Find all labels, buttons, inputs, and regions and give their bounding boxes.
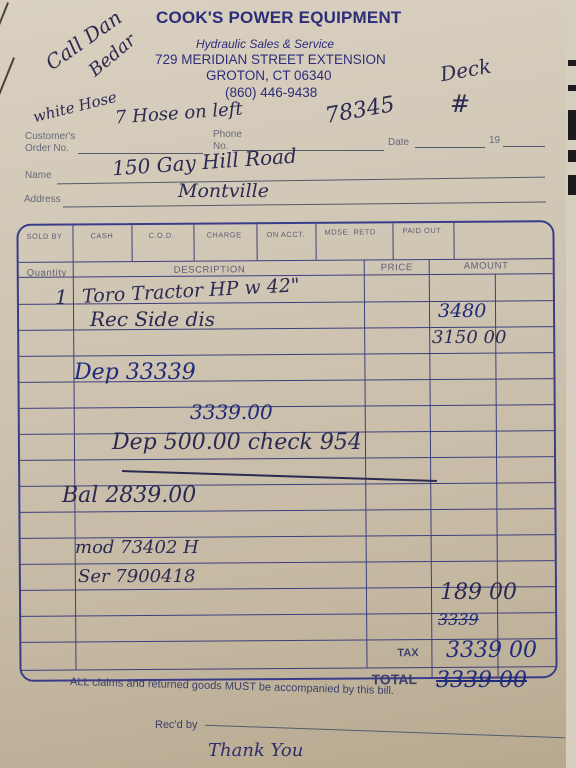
item-description: mod 73402 H [75, 537, 199, 558]
address-field[interactable] [63, 201, 546, 207]
item-amount-crossed: 3339 [438, 610, 479, 629]
payment-charge: CHARGE [206, 230, 241, 239]
order-label-2: Order No. [25, 143, 69, 154]
payment-cash: CASH [90, 231, 113, 240]
note-white-hose: white Hose [31, 88, 118, 126]
item-description: Bal 2839.00 [62, 483, 196, 508]
order-label-1: Customer's [25, 131, 75, 142]
tax-label: TAX [397, 647, 418, 659]
payment-on-account: ON ACCT. [266, 230, 305, 239]
received-by-signature-line[interactable] [205, 725, 565, 739]
item-description: Ser 7900418 [78, 566, 195, 587]
date-label: Date [388, 137, 409, 148]
paper-edge [0, 57, 15, 123]
company-name: COOK'S POWER EQUIPMENT [156, 8, 402, 28]
col-description: DESCRIPTION [174, 264, 246, 275]
tax-value: 3339 00 [446, 638, 537, 663]
payment-cod: C.O.D. [148, 231, 174, 240]
address-label: Address [24, 194, 61, 205]
item-amount: 3480 [438, 300, 486, 322]
address-value: Montville [178, 180, 269, 202]
total-value: 3339 00 [436, 668, 527, 693]
paper-edge [0, 2, 9, 68]
item-description: Dep 500.00 check 954 [112, 430, 362, 455]
company-address: 729 MERIDIAN STREET EXTENSION [155, 52, 386, 67]
note-deck-mark: # [450, 90, 470, 118]
phone-label-1: Phone [213, 129, 242, 140]
background-stripe [568, 150, 576, 162]
year-label: 19 [489, 135, 500, 146]
item-amount: 3150 00 [432, 327, 506, 348]
item-description: Rec Side dis [90, 307, 215, 331]
company-city: GROTON, CT 06340 [206, 68, 332, 83]
note-number: 78345 [323, 92, 396, 129]
item-description: Dep 33339 [74, 360, 196, 385]
background-stripe [568, 175, 576, 195]
receipt-paper: COOK'S POWER EQUIPMENT Hydraulic Sales &… [0, 0, 576, 768]
item-amount: 189 00 [440, 580, 517, 605]
payment-mdse-returned: MDSE. RETD [324, 227, 375, 236]
name-value: 150 Gay Hill Road [111, 144, 297, 181]
payment-sold-by: SOLD BY [26, 232, 62, 241]
note-deck: Deck [438, 54, 493, 87]
name-label: Name [25, 170, 52, 181]
background-stripe [568, 60, 576, 66]
note-hose-left: 7 Hose on left [114, 99, 243, 129]
company-tagline: Hydraulic Sales & Service [196, 37, 334, 51]
col-price: PRICE [381, 262, 413, 273]
background-stripe [568, 110, 576, 140]
col-amount: AMOUNT [464, 260, 509, 271]
payment-paid-out: PAID OUT [402, 226, 441, 235]
year-field[interactable] [503, 146, 545, 147]
date-field[interactable] [415, 147, 485, 148]
item-qty: 1 [55, 285, 68, 309]
item-description: 3339.00 [190, 400, 273, 424]
received-by-label: Rec'd by [155, 719, 197, 731]
background-stripe [568, 85, 576, 91]
thank-you-text: Thank You [208, 740, 303, 761]
